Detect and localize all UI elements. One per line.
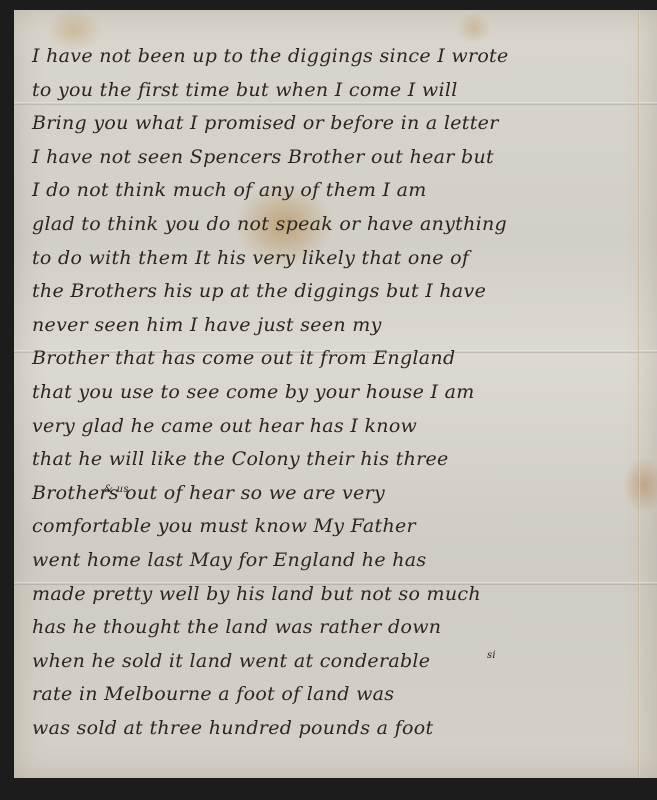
text-line-content: Brothers out of hear so we are very (32, 482, 385, 504)
letter-body: I have not been up to the diggings since… (32, 40, 627, 745)
text-line: Brother that has come out it from Englan… (32, 342, 627, 376)
text-line: I have not been up to the diggings since… (32, 40, 627, 74)
text-line: made pretty well by his land but not so … (32, 578, 627, 612)
text-line-content: when he sold it land went at conderable (32, 650, 430, 672)
text-line: when he sold it land went at conderable … (32, 645, 627, 679)
text-line: never seen him I have just seen my (32, 309, 627, 343)
text-line: comfortable you must know My Father (32, 510, 627, 544)
text-line: that he will like the Colony their his t… (32, 443, 627, 477)
text-line: I have not seen Spencers Brother out hea… (32, 141, 627, 175)
interlinear-insertion: si (487, 639, 496, 673)
text-line: very glad he came out hear has I know (32, 410, 627, 444)
text-line: Brothers out of hear so we are very & us (32, 477, 627, 511)
text-line: has he thought the land was rather down (32, 611, 627, 645)
text-line: Bring you what I promised or before in a… (32, 107, 627, 141)
letter-page: I have not been up to the diggings since… (14, 10, 657, 778)
text-line: glad to think you do not speak or have a… (32, 208, 627, 242)
text-line: I do not think much of any of them I am (32, 174, 627, 208)
text-line: was sold at three hundred pounds a foot (32, 712, 627, 746)
text-line: the Brothers his up at the diggings but … (32, 275, 627, 309)
text-line: rate in Melbourne a foot of land was (32, 678, 627, 712)
text-line: that you use to see come by your house I… (32, 376, 627, 410)
text-line: to do with them It his very likely that … (32, 242, 627, 276)
interlinear-insertion: & us (104, 473, 129, 507)
text-line: went home last May for England he has (32, 544, 627, 578)
text-line: to you the first time but when I come I … (32, 74, 627, 108)
vertical-fold-crease (638, 10, 640, 778)
